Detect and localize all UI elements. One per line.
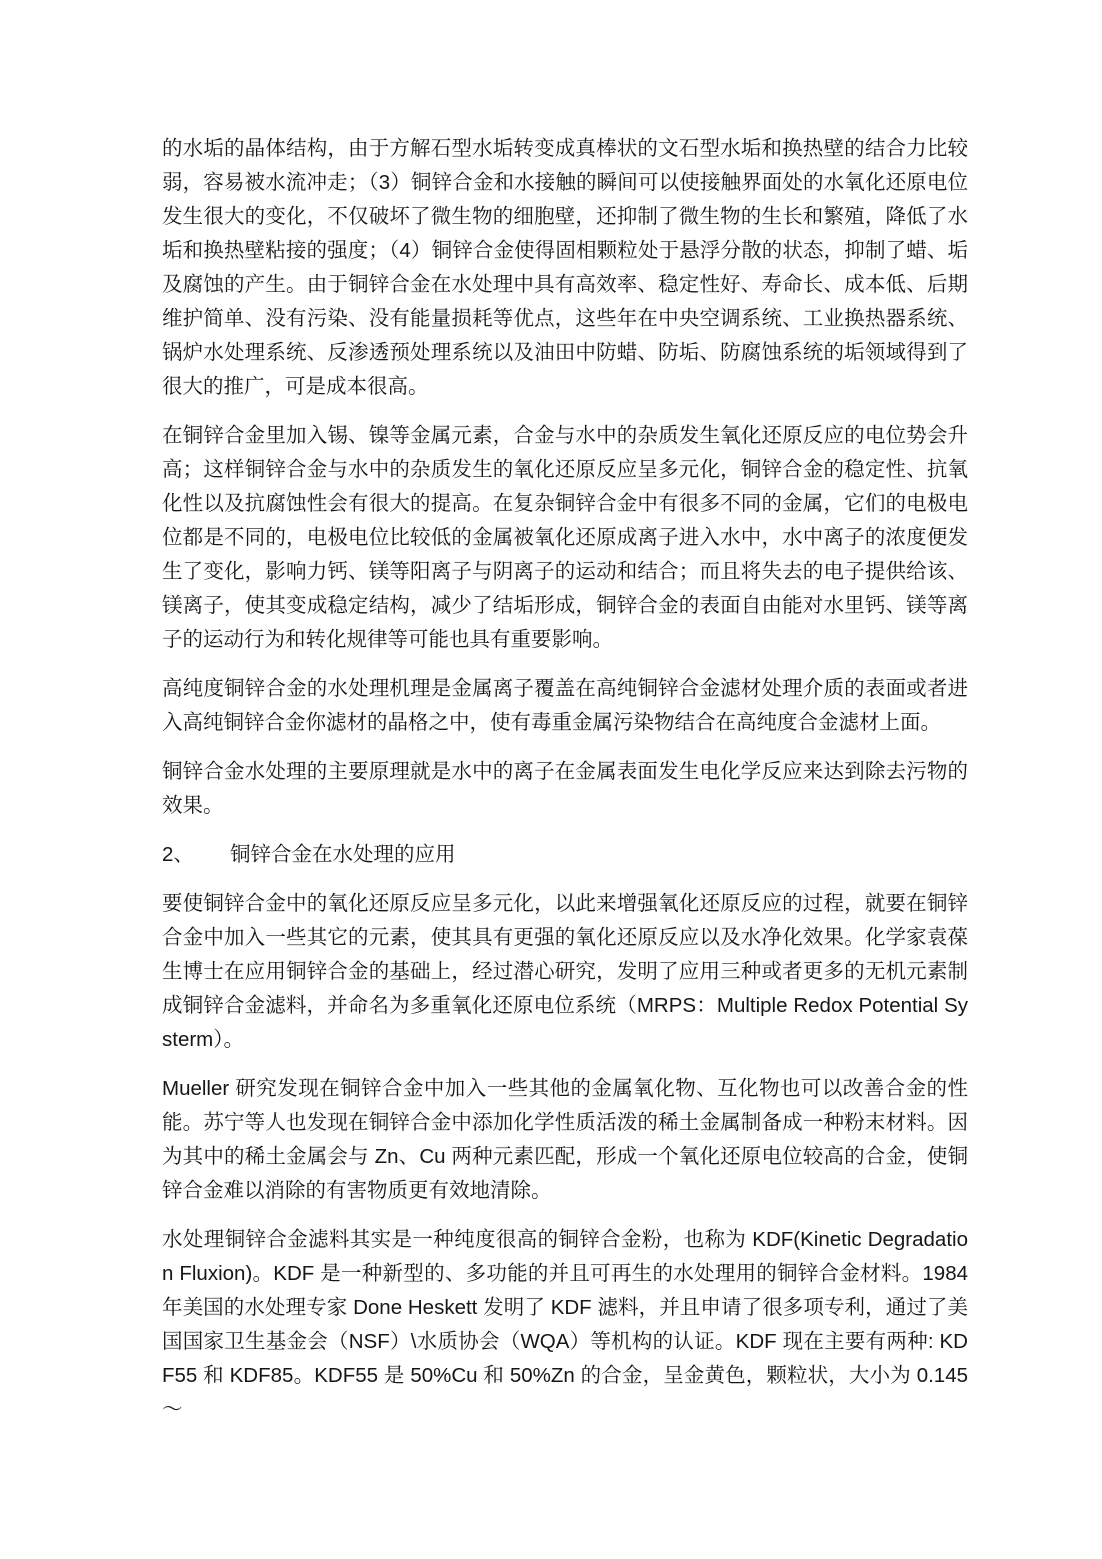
paragraph-main-principle: 铜锌合金水处理的主要原理就是水中的离子在金属表面发生电化学反应来达到除去污物的效… — [162, 755, 968, 823]
paragraph-mueller-rare-earth: Mueller 研究发现在铜锌合金中加入一些其他的金属氧化物、互化物也可以改善合… — [162, 1072, 968, 1208]
paragraph-alloy-added-elements: 在铜锌合金里加入锡、镍等金属元素，合金与水中的杂质发生氧化还原反应的电位势会升高… — [162, 419, 968, 657]
section-heading-title: 铜锌合金在水处理的应用 — [230, 843, 456, 866]
paragraph-scale-crystal-structure: 的水垢的晶体结构，由于方解石型水垢转变成真棒状的文石型水垢和换热壁的结合力比较弱… — [162, 132, 968, 404]
section-heading-number: 2、 — [162, 838, 230, 872]
section-heading-2: 2、铜锌合金在水处理的应用 — [162, 838, 968, 872]
paragraph-kdf-filter-material: 水处理铜锌合金滤料其实是一种纯度很高的铜锌合金粉，也称为 KDF(Kinetic… — [162, 1223, 968, 1427]
document-body: 的水垢的晶体结构，由于方解石型水垢转变成真棒状的文石型水垢和换热壁的结合力比较弱… — [162, 132, 968, 1442]
paragraph-high-purity-mechanism: 高纯度铜锌合金的水处理机理是金属离子覆盖在高纯铜锌合金滤材处理介质的表面或者进入… — [162, 672, 968, 740]
paragraph-mrps-system: 要使铜锌合金中的氧化还原反应呈多元化，以此来增强氧化还原反应的过程，就要在铜锌合… — [162, 887, 968, 1057]
document-page: 的水垢的晶体结构，由于方解石型水垢转变成真棒状的文石型水垢和换热壁的结合力比较弱… — [0, 0, 1102, 1559]
